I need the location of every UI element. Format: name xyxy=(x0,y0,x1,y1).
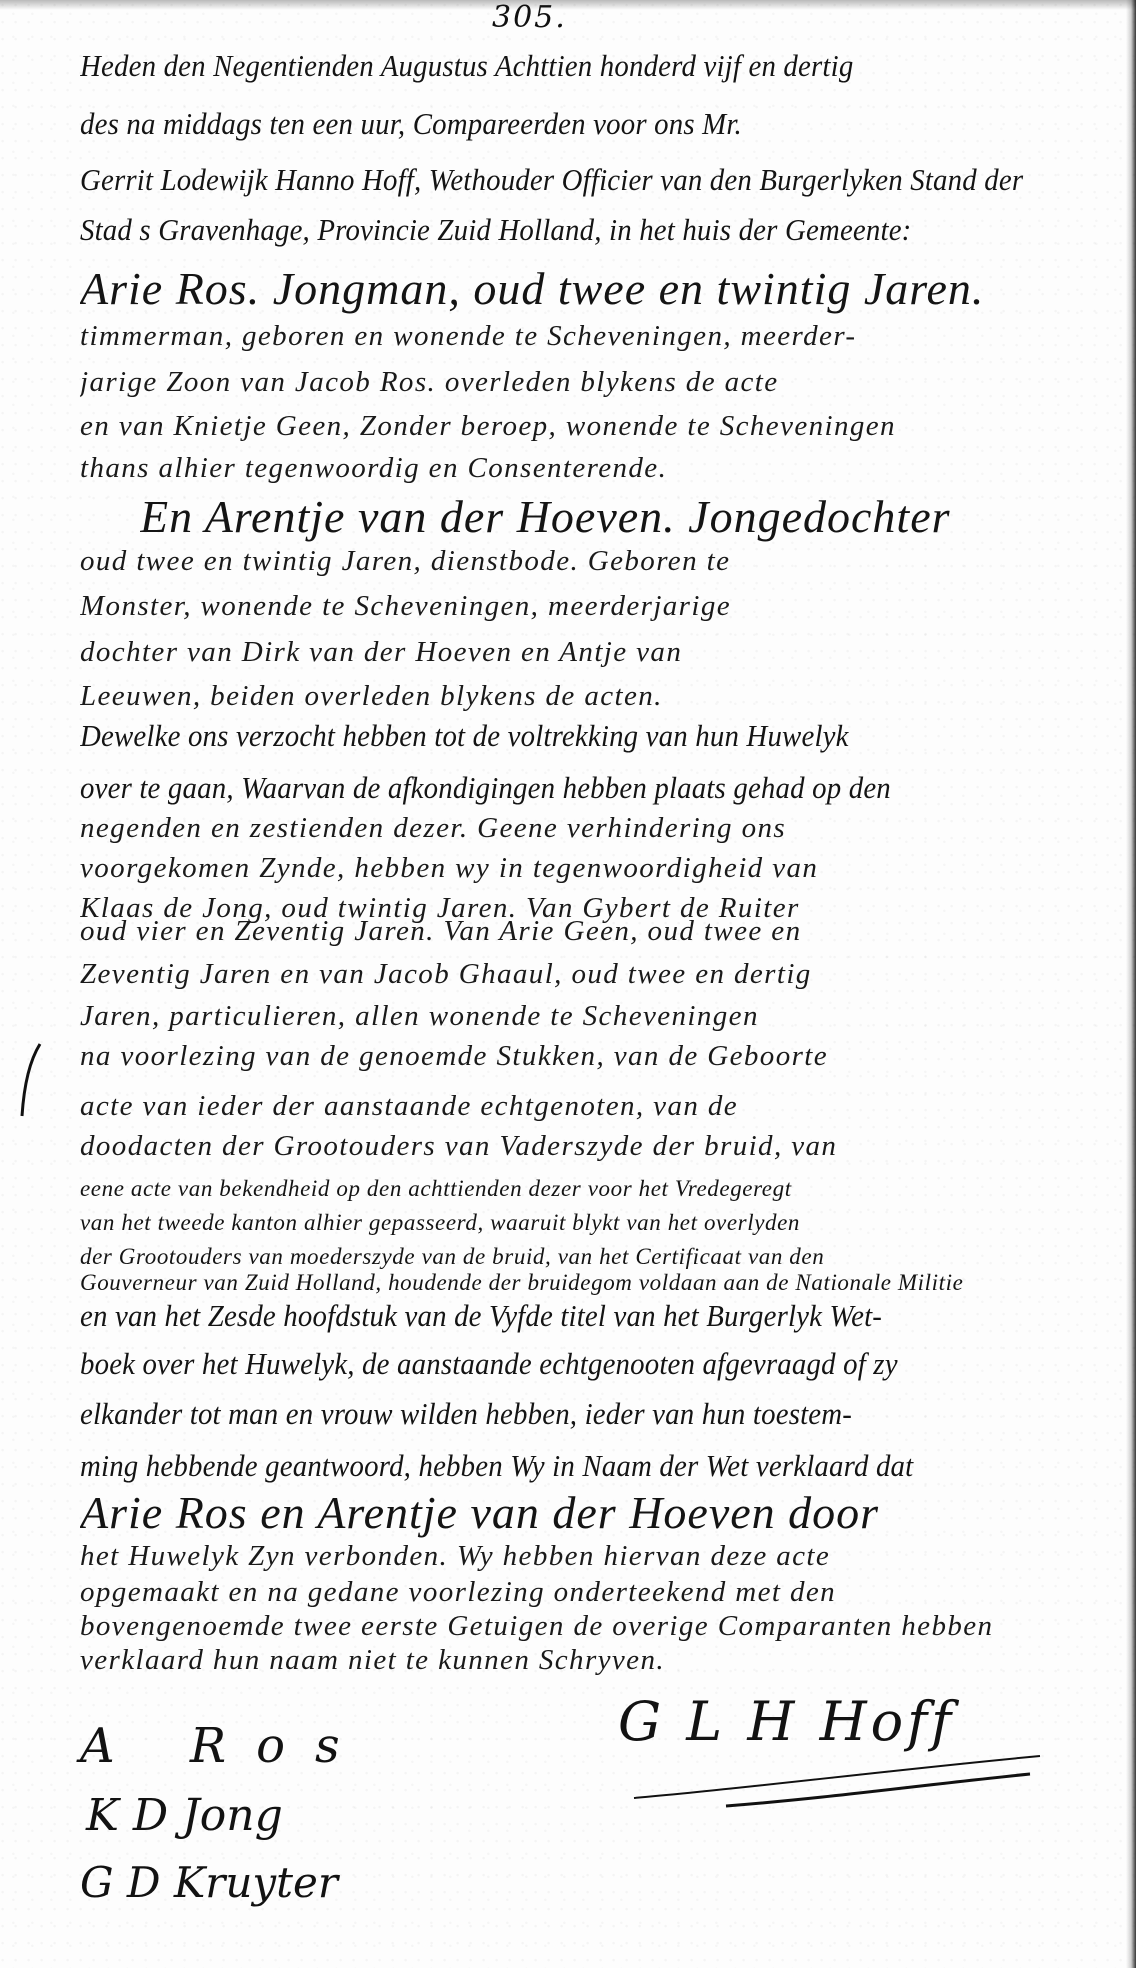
record-line-4: Stad s Gravenhage, Provincie Zuid Hollan… xyxy=(80,212,1029,248)
record-line-15: Dewelke ons verzocht hebben tot de voltr… xyxy=(80,718,1029,754)
record-line-11: oud twee en twintig Jaren, dienstbode. G… xyxy=(80,545,1100,578)
record-line-18: voorgekomen Zynde, hebben wy in tegenwoo… xyxy=(80,852,1100,885)
record-line-35: het Huwelyk Zyn verbonden. Wy hebben hie… xyxy=(80,1540,1100,1573)
record-line-17: negenden en zestienden dezer. Geene verh… xyxy=(80,812,1100,845)
record-line-21: Zeventig Jaren en van Jacob Ghaaul, oud … xyxy=(80,958,1100,991)
record-line-9: thans alhier tegenwoordig en Consenteren… xyxy=(80,452,1100,485)
record-line-14: Leeuwen, beiden overleden blykens de act… xyxy=(80,680,1100,713)
signature-witness-2: G D Kruyter xyxy=(80,1858,338,1907)
record-line-2: des na middags ten een uur, Compareerden… xyxy=(80,106,1029,142)
record-line-1: Heden den Negentienden Augustus Achttien… xyxy=(80,48,1029,84)
signature-officer: G L H Hoff xyxy=(618,1690,955,1753)
record-line-23: na voorlezing van de genoemde Stukken, v… xyxy=(80,1040,1100,1073)
signature-flourish xyxy=(630,1748,1100,1808)
record-line-13: dochter van Dirk van der Hoeven en Antje… xyxy=(80,636,1100,669)
record-line-32: elkander tot man en vrouw wilden hebben,… xyxy=(80,1396,1029,1432)
scanned-document-page: 305. Heden den Negentienden Augustus Ach… xyxy=(0,0,1136,1968)
record-line-12: Monster, wonende te Scheveningen, meerde… xyxy=(80,590,1100,623)
record-line-6: timmerman, geboren en wonende te Scheven… xyxy=(80,320,1100,353)
record-line-24: acte van ieder der aanstaande echtgenote… xyxy=(80,1090,1100,1123)
record-line-31: boek over het Huwelyk, de aanstaande ech… xyxy=(80,1346,1029,1382)
record-line-29: Gouverneur van Zuid Holland, houdende de… xyxy=(80,1270,1100,1296)
record-line-bride: En Arentje van der Hoeven. Jongedochter xyxy=(140,490,1136,543)
scan-right-edge xyxy=(1126,0,1136,1968)
record-line-3: Gerrit Lodewijk Hanno Hoff, Wethouder Of… xyxy=(80,162,1029,198)
record-line-25: doodacten der Grootouders van Vaderszyde… xyxy=(80,1130,1100,1163)
margin-bracket-mark xyxy=(18,1040,44,1120)
page-number: 305. xyxy=(492,0,567,35)
record-line-couple: Arie Ros en Arentje van der Hoeven door xyxy=(80,1486,1100,1539)
record-line-groom: Arie Ros. Jongman, oud twee en twintig J… xyxy=(80,262,1100,315)
record-line-28: der Grootouders van moederszyde van de b… xyxy=(80,1244,1100,1270)
record-line-8: en van Knietje Geen, Zonder beroep, wone… xyxy=(80,410,1100,443)
record-line-7: jarige Zoon van Jacob Ros. overleden bly… xyxy=(80,366,1100,399)
record-line-26: eene acte van bekendheid op den achttien… xyxy=(80,1176,1100,1202)
signature-witness-1: K D Jong xyxy=(86,1790,283,1841)
record-line-36: opgemaakt en na gedane voorlezing ondert… xyxy=(80,1576,1100,1609)
record-line-33: ming hebbende geantwoord, hebben Wy in N… xyxy=(80,1448,1029,1484)
record-line-37: bovengenoemde twee eerste Getuigen de ov… xyxy=(80,1610,1100,1643)
record-line-16: over te gaan, Waarvan de afkondigingen h… xyxy=(80,770,1029,806)
record-line-30: en van het Zesde hoofdstuk van de Vyfde … xyxy=(80,1298,1029,1334)
record-line-20: oud vier en Zeventig Jaren. Van Arie Gee… xyxy=(80,915,1100,948)
record-line-27: van het tweede kanton alhier gepasseerd,… xyxy=(80,1210,1100,1236)
record-line-22: Jaren, particulieren, allen wonende te S… xyxy=(80,1000,1100,1033)
scan-top-shadow xyxy=(0,0,1136,10)
signature-groom: A Ros xyxy=(80,1718,370,1774)
record-line-38: verklaard hun naam niet te kunnen Schryv… xyxy=(80,1644,1100,1677)
